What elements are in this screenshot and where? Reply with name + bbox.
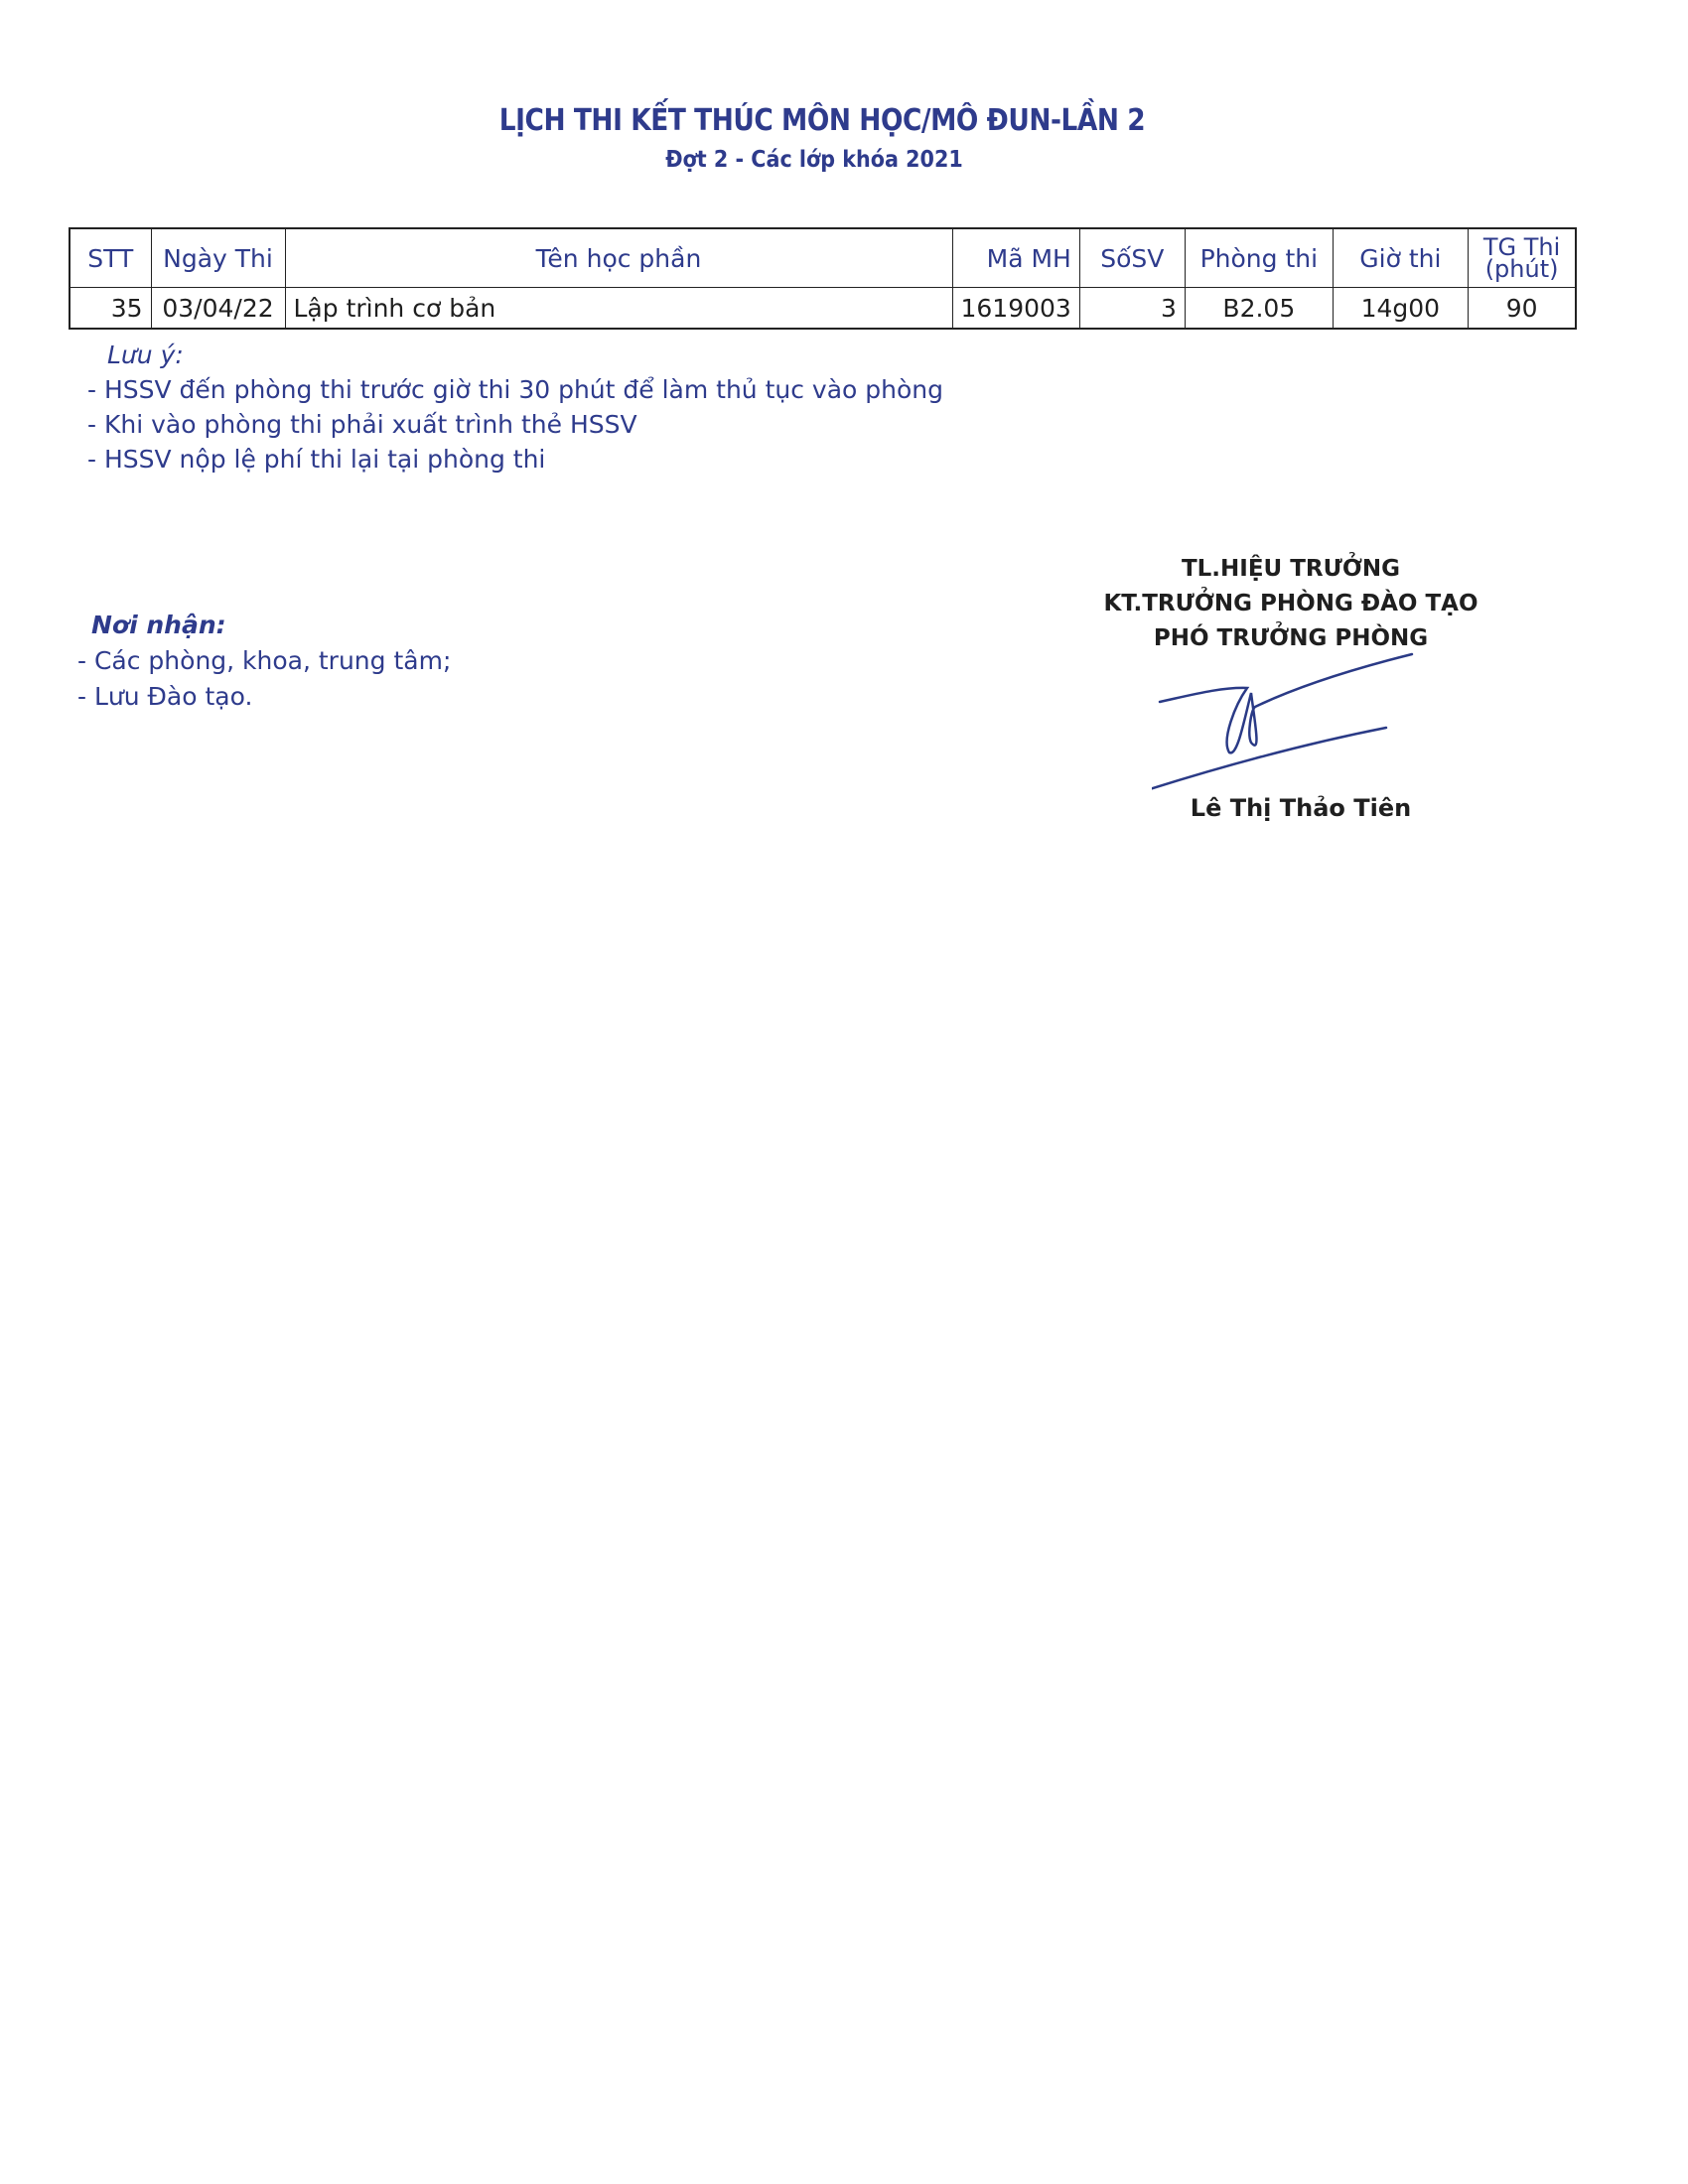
column-header-phong-thi: Phòng thi	[1185, 228, 1333, 288]
exam-schedule-table: STT Ngày Thi Tên học phần Mã MH SốSV Phò…	[69, 227, 1577, 330]
column-header-stt: STT	[70, 228, 151, 288]
note-item: - HSSV đến phòng thi trước giờ thi 30 ph…	[87, 372, 943, 407]
document-subtitle: Đợt 2 - Các lớp khóa 2021	[81, 147, 1547, 173]
cell-gio-thi: 14g00	[1333, 288, 1468, 330]
column-header-so-sv: SốSV	[1079, 228, 1185, 288]
cell-tg-thi: 90	[1468, 288, 1576, 330]
recipient-item: - Lưu Đào tạo.	[77, 679, 451, 715]
table-header-row: STT Ngày Thi Tên học phần Mã MH SốSV Phò…	[70, 228, 1576, 288]
document-title: LỊCH THI KẾT THÚC MÔN HỌC/MÔ ĐUN-LẦN 2	[98, 103, 1545, 138]
column-header-tg-thi: TG Thi (phút)	[1468, 228, 1576, 288]
cell-ngay-thi: 03/04/22	[151, 288, 285, 330]
cell-phong-thi: B2.05	[1185, 288, 1333, 330]
signature-title-line2: KT.TRƯỞNG PHÒNG ĐÀO TẠO	[1092, 587, 1489, 621]
note-item: - HSSV nộp lệ phí thi lại tại phòng thi	[87, 442, 943, 477]
cell-so-sv: 3	[1079, 288, 1185, 330]
signer-name: Lê Thị Thảo Tiên	[1102, 794, 1499, 822]
signature-block: TL.HIỆU TRƯỞNG KT.TRƯỞNG PHÒNG ĐÀO TẠO P…	[1092, 552, 1489, 656]
tg-thi-line2: (phút)	[1485, 255, 1559, 283]
table-row: 35 03/04/22 Lập trình cơ bản 1619003 3 B…	[70, 288, 1576, 330]
handwritten-signature-icon	[1152, 645, 1450, 804]
column-header-ngay-thi: Ngày Thi	[151, 228, 285, 288]
cell-ten-hoc-phan: Lập trình cơ bản	[285, 288, 952, 330]
notes-label: Lưu ý:	[87, 338, 943, 372]
cell-ma-mh: 1619003	[952, 288, 1079, 330]
cell-stt: 35	[70, 288, 151, 330]
signature-title-line1: TL.HIỆU TRƯỞNG	[1092, 552, 1489, 587]
recipients-section: Nơi nhận: - Các phòng, khoa, trung tâm; …	[77, 608, 451, 715]
note-item: - Khi vào phòng thi phải xuất trình thẻ …	[87, 407, 943, 442]
column-header-ma-mh: Mã MH	[952, 228, 1079, 288]
notes-section: Lưu ý: - HSSV đến phòng thi trước giờ th…	[87, 338, 943, 477]
column-header-ten-hoc-phan: Tên học phần	[285, 228, 952, 288]
column-header-gio-thi: Giờ thi	[1333, 228, 1468, 288]
recipients-label: Nơi nhận:	[77, 608, 451, 643]
recipient-item: - Các phòng, khoa, trung tâm;	[77, 643, 451, 679]
